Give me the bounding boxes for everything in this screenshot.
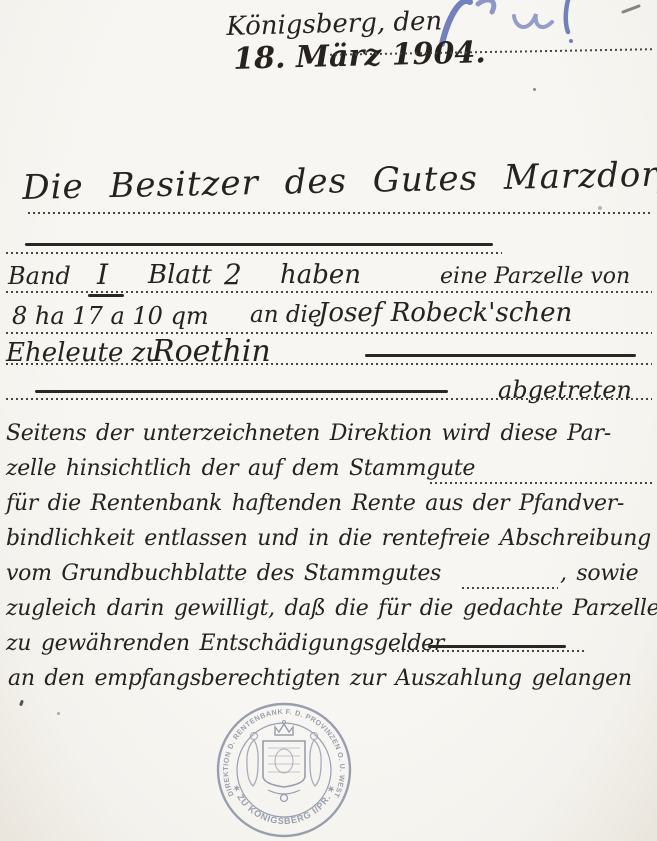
stamp-bottom-text: ✶ ZU KÖNIGSBERG I/PR. ✶ xyxy=(230,783,337,826)
paragraph-line-5: vom Grundbuchblatte des Stammgutes xyxy=(6,561,441,586)
paragraph-line-5-suffix: , sowie xyxy=(560,561,638,586)
paragraph-line-7: zu gewährenden Entschädigungsgelder xyxy=(6,631,444,656)
paragraph-line-3: für die Rentenbank haftenden Rente aus d… xyxy=(6,491,624,516)
stamp-ring-text: ✶ KÖNIGL. DIREKTION D. RENTENBANK F. D. … xyxy=(184,696,347,801)
dotted-line xyxy=(6,331,652,334)
dotted-line xyxy=(462,586,558,589)
dotted-line xyxy=(6,251,502,254)
official-round-stamp: ✶ KÖNIGL. DIREKTION D. RENTENBANK F. D. … xyxy=(184,696,384,841)
band-underline xyxy=(88,294,124,297)
document-header: Königsberg, den 18. März 1904. xyxy=(226,1,657,77)
filler-line xyxy=(25,243,493,246)
ink-speck xyxy=(19,700,24,707)
dotted-line xyxy=(6,362,652,365)
an-die-label: an die xyxy=(250,302,322,328)
document-title: Die Besitzer des Gutes Marzdorf xyxy=(22,154,657,208)
svg-text:✶ ZU KÖNIGSBERG I/PR. ✶: ✶ ZU KÖNIGSBERG I/PR. ✶ xyxy=(230,783,337,826)
paragraph-line-4: bindlichkeit entlassen und in die rentef… xyxy=(6,526,651,551)
area-value: 8 ha 17 a 10 qm xyxy=(12,302,209,330)
filler-line xyxy=(35,390,448,393)
dotted-line xyxy=(392,649,585,652)
paragraph-line-2: zelle hinsichtlich der auf dem Stammgute xyxy=(6,456,475,481)
ink-speck xyxy=(57,712,60,715)
scanned-document-page: Königsberg, den 18. März 1904. Die Besit… xyxy=(0,0,657,841)
ink-speck xyxy=(598,206,602,210)
band-value: I xyxy=(97,258,108,291)
blatt-value: 2 xyxy=(224,258,242,291)
svg-text:✶ KÖNIGL. DIREKTION D. RENTENB: ✶ KÖNIGL. DIREKTION D. RENTENBANK F. D. … xyxy=(184,696,347,801)
date-value: 18. März 1904. xyxy=(233,35,486,77)
blatt-label: Blatt xyxy=(148,260,212,290)
band-label: Band xyxy=(8,262,71,290)
paragraph-line-8: an den empfangsberechtigten zur Auszahlu… xyxy=(8,666,632,691)
haben-label: haben xyxy=(280,260,361,290)
abgetreten-label: abgetreten xyxy=(498,376,632,404)
paragraph-line-1: Seitens der unterzeichneten Direktion wi… xyxy=(6,421,611,446)
ink-speck xyxy=(533,88,536,91)
dotted-line xyxy=(28,211,652,214)
family-name-value: Josef Robeck'schen xyxy=(318,298,572,328)
parzelle-label: eine Parzelle von xyxy=(440,264,630,289)
filler-line xyxy=(428,645,566,648)
filler-line xyxy=(365,354,636,357)
dotted-line xyxy=(430,481,652,484)
dotted-line xyxy=(6,290,652,293)
paragraph-line-6: zugleich darin gewilligt, daß die für di… xyxy=(6,596,657,621)
